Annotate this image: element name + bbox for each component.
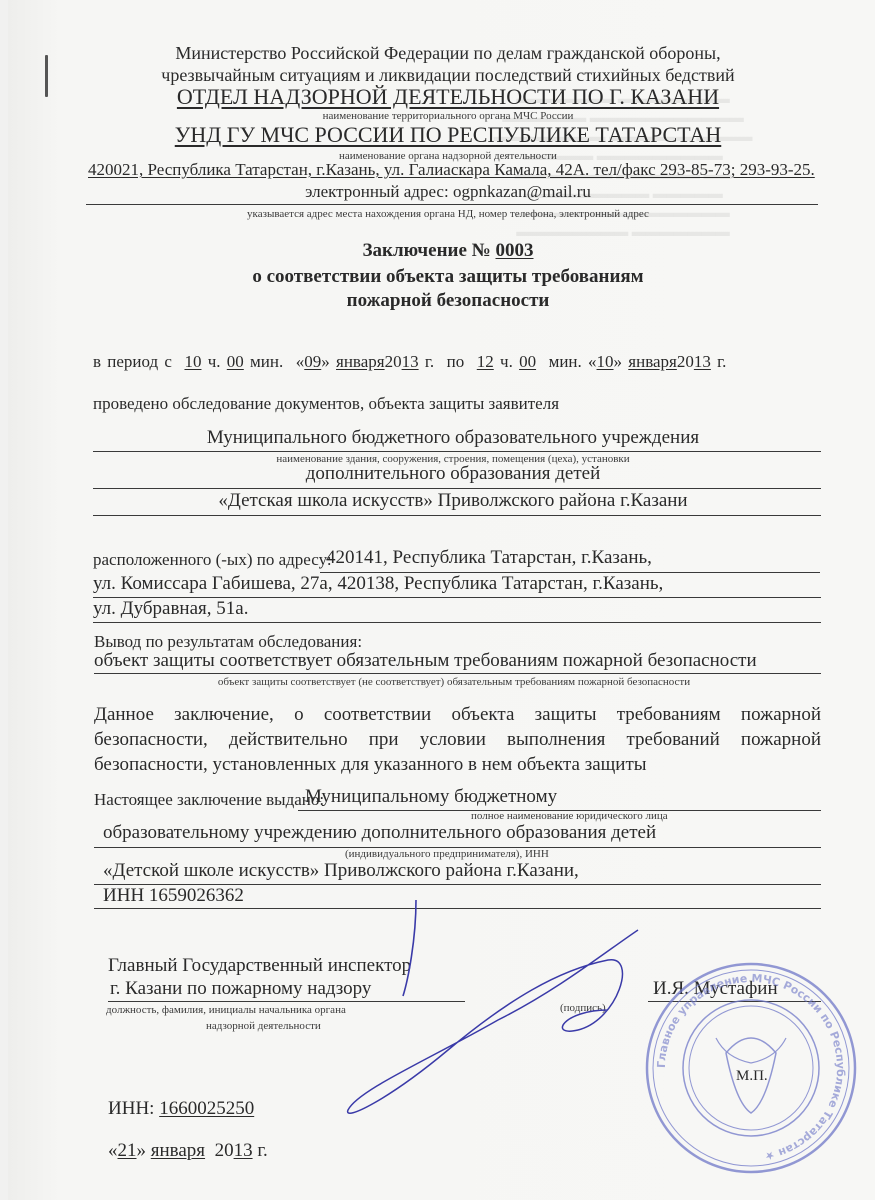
to-label: по [447,352,465,371]
signature-caption: (подпись) [560,1002,606,1014]
from-minute: 00 [227,352,244,371]
inspection-text: проведено обследование документов, объек… [93,394,559,414]
inspector-name: И.Я. Мустафин [653,978,778,1000]
position-caption-1: должность, фамилия, инициалы начальника … [106,1004,346,1016]
fill-line [94,673,821,674]
location-line-1: 420141, Республика Татарстан, г.Казань, [326,547,652,569]
issued-line-2: образовательному учреждению дополнительн… [103,822,656,844]
quote-open: « [108,1140,118,1161]
fill-line [93,622,821,623]
to-minute: 00 [519,352,536,371]
title-prefix: Заключение № [363,240,491,261]
territorial-body-caption: наименование территориального органа МЧС… [88,110,808,122]
ministry-line-2: чрезвычайным ситуациям и ликвидации посл… [88,64,808,86]
scanned-document-page: ▬▬▬▬▬▬▬ ▬▬▬▬▬▬▬▬▬▬▬▬▬▬ ▬▬▬▬▬▬▬▬▬▬▬▬▬▬▬▬▬… [8,0,875,1200]
from-year: 13 [402,352,419,371]
issued-line-1: Муниципальному бюджетному [305,786,557,808]
to-month: января [628,352,677,371]
year-unit: г. [717,352,726,371]
hour-unit: ч. [208,352,221,371]
position-line-1: Главный Государственный инспектор [108,955,411,977]
position-line-2: г. Казани по пожарному надзору [110,978,371,1000]
issued-line-3: «Детской школе искусств» Приволжского ра… [103,860,579,882]
from-year-prefix: 20 [385,352,402,371]
to-day: 10 [597,352,614,371]
footer-inn-label: ИНН: [108,1098,154,1119]
title-line-2: о соответствии объекта защиты требования… [88,266,808,288]
scan-edge-mark [45,55,48,97]
date-month: января [151,1140,205,1161]
title-line-3: пожарной безопасности [88,290,808,312]
quote-close: » [137,1140,147,1161]
footer-inn-value: 1660025250 [159,1098,254,1119]
location-label: расположенного (-ых) по адресу: [93,550,332,570]
fill-line [93,515,821,516]
location-line-2: ул. Комиссара Габишева, 27а, 420138, Рес… [93,573,663,595]
supervisory-body: УНД ГУ МЧС РОССИИ ПО РЕСПУБЛИКЕ ТАТАРСТА… [88,122,808,148]
object-line-3: «Детская школа искусств» Приволжского ра… [93,490,813,512]
period-label: в период с [93,352,172,371]
fill-line [94,908,821,909]
minute-unit: мин. [549,352,582,371]
minute-unit: мин. [250,352,283,371]
footer-inn: ИНН: 1660025250 [108,1098,254,1120]
header-divider [86,204,818,205]
inspection-period: в период с 10 ч. 00 мин. «09» января2013… [93,352,726,372]
seal-label: М.П. [736,1068,768,1085]
issued-caption-1: полное наименование юридического лица [471,810,668,822]
location-line-3: ул. Дубравная, 51а. [93,598,248,620]
ministry-line-1: Министерство Российской Федерации по дел… [88,42,808,64]
issued-inn: ИНН 1659026362 [103,885,244,907]
date-year: 13 [234,1140,253,1161]
from-hour: 10 [184,352,201,371]
territorial-body: ОТДЕЛ НАДЗОРНОЙ ДЕЯТЕЛЬНОСТИ ПО Г. КАЗАН… [88,84,808,110]
handwritten-signature [308,900,668,1130]
date-day: 21 [118,1140,137,1161]
object-line-2: дополнительного образования детей [93,463,813,485]
to-year: 13 [694,352,711,371]
conclusion-value: объект защиты соответствует обязательным… [94,650,757,672]
position-caption-2: надзорной деятельности [206,1020,321,1032]
issued-label: Настоящее заключение выдано: [94,790,324,810]
conclusion-label: Вывод по результатам обследования: [94,632,362,652]
issued-caption-2: (индивидуального предпринимателя), ИНН [345,848,549,860]
conclusion-caption: объект защиты соответствует (не соответс… [94,676,814,688]
fill-line [648,1001,821,1002]
validity-statement: Данное заключение, о соответствии объект… [94,702,821,777]
supervisory-email: электронный адрес: ogpnkazan@mail.ru [88,182,808,202]
to-year-prefix: 20 [677,352,694,371]
fill-line [108,1001,465,1002]
issue-date: «21» января 2013 г. [108,1140,268,1162]
supervisory-address: 420021, Республика Татарстан, г.Казань, … [88,160,808,180]
document-number: 0003 [496,240,534,261]
fill-line [93,451,821,452]
to-hour: 12 [477,352,494,371]
document-title: Заключение № 0003 [88,240,808,262]
hour-unit: ч. [500,352,513,371]
date-suffix: г. [257,1140,267,1161]
year-unit: г. [425,352,434,371]
from-month: января [336,352,385,371]
address-caption: указывается адрес места нахождения орган… [88,208,808,220]
object-line-1: Муниципального бюджетного образовательно… [93,427,813,449]
from-day: 09 [304,352,321,371]
date-year-prefix: 20 [215,1140,234,1161]
fill-line [93,488,821,489]
